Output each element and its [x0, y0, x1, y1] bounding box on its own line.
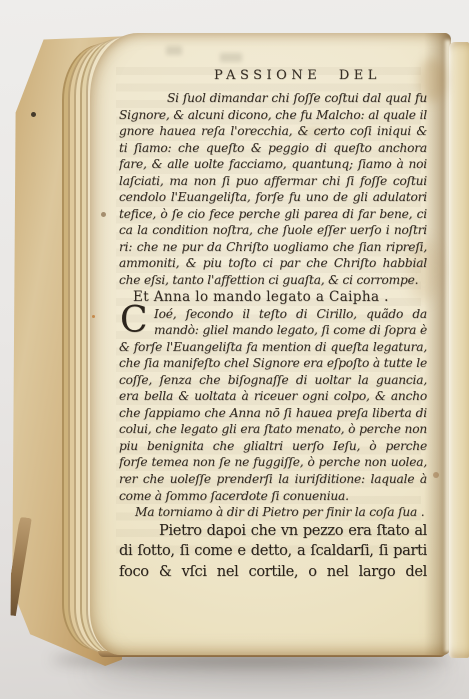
text-line: Ioé, ſecondo il teſto di Cirillo, quãdo …	[119, 306, 427, 323]
text-line: forſe temea non ſe ne fuggiſſe, ò perche…	[119, 454, 427, 471]
text-line: piu benignita che glialtri uerſo Ieſu, ò…	[119, 438, 427, 455]
text-line: coſſe, ſenza che biſognaſſe di uoltar la…	[119, 372, 427, 389]
running-title: PASSIONE DEL	[214, 68, 381, 83]
text-line: Ma torniamo à dir di Pietro per finir la…	[119, 504, 427, 521]
text-line: che ſia manifeſto chel Signore era eſpoſ…	[119, 355, 427, 372]
text-line: tefice, ò ſe cio fece perche gli parea d…	[119, 206, 427, 223]
text-line: fare, & alle uolte facciamo, quantunq; ſ…	[119, 156, 427, 173]
text-line: che ſappiamo che Anna nō ſi hauea preſa …	[119, 405, 427, 422]
text-line: ti ſiamo: che queſto & peggio di queſto …	[119, 140, 427, 157]
drop-cap-initial: C	[120, 304, 147, 337]
text-line: era bella & uoltata à riceuer ogni colpo…	[119, 388, 427, 405]
foxing-spot	[433, 472, 439, 478]
text-line: rer che uoleſſe prenderſi la iuriſdition…	[119, 471, 427, 488]
text-line: ca la condition noſtra, che ſuole eſſer …	[119, 222, 427, 239]
showthrough-mark	[166, 46, 182, 55]
text-line: colui, che legato gli era ſtato menato, …	[119, 421, 427, 438]
showthrough-mark	[220, 53, 242, 62]
text-line: laſciati, ma non ſi puo affermar chi ſi …	[119, 173, 427, 190]
text-line: & forſe l'Euangeliſta fa mention di queſ…	[119, 339, 427, 356]
text-line: Si ſuol dimandar chi ſoſſe coſtui dal qu…	[119, 90, 427, 107]
book-photograph: PASSIONE DEL C Si ſuol dimandar chi ſoſſ…	[0, 0, 469, 699]
text-line: Signore, & alcuni dicono, che fu Malcho:…	[119, 107, 427, 124]
text-line-large: Pietro dapoi che vn pezzo era ſtato al f…	[119, 521, 427, 542]
text-line: mandò: gliel mando legato, ſi come di ſo…	[119, 322, 427, 339]
foxing-spot	[92, 315, 95, 318]
foxing-spot	[101, 212, 106, 217]
text-line: cendolo l'Euangeliſta, forſe fu uno de g…	[119, 189, 427, 206]
text-line: ri: che ne pur da Chriſto uogliamo che ſ…	[119, 239, 427, 256]
text-line: come à ſommo ſacerdote ſi conueniua.	[119, 488, 427, 505]
text-line: che eſsi, tanto l'affettion ci guaſta, &…	[119, 272, 427, 289]
text-line: ammoniti, & piu toſto ci par che Chriſto…	[119, 255, 427, 272]
text-line-large: foco & vſci nel cortile, o nel largo del…	[119, 562, 427, 583]
facing-page-edge	[449, 42, 469, 658]
text-line-large: di ſotto, ſi come e detto, a ſcaldarſi, …	[119, 541, 427, 562]
text-block: C Si ſuol dimandar chi ſoſſe coſtui dal …	[119, 90, 427, 582]
text-line: gnore hauea reſa l'orecchia, & certo coſ…	[119, 123, 427, 140]
section-heading: Et Anna lo mando legato a Caipha .	[119, 289, 427, 306]
cover-hole-mark	[31, 112, 36, 117]
